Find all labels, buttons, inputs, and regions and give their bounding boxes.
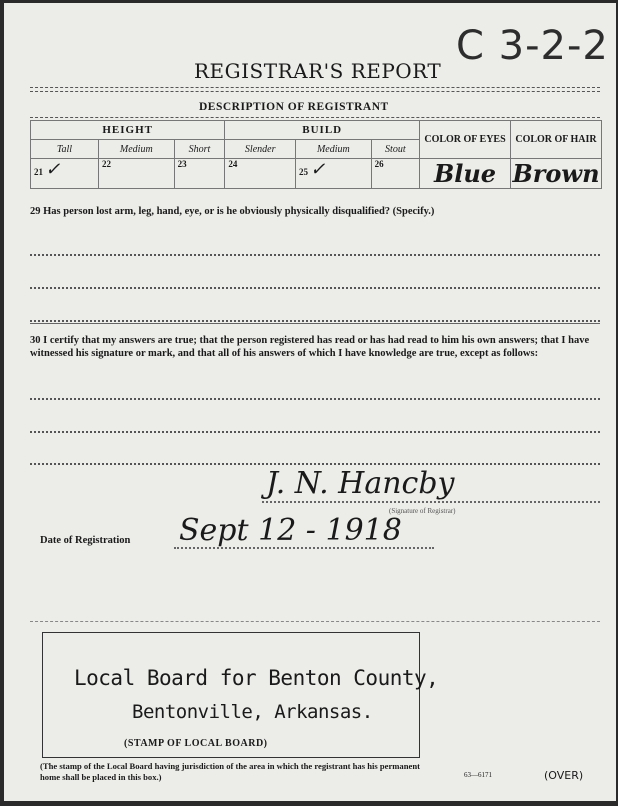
page-title: REGISTRAR'S REPORT [194,59,441,83]
height-header: HEIGHT [31,121,225,140]
cell-medium-height: 22 [98,159,174,189]
cell-tall: 21 ✓ [31,159,99,189]
answer-line [30,398,600,400]
date-label: Date of Registration [40,535,130,546]
checkmark-icon: ✓ [310,159,325,180]
answer-line [30,431,600,433]
cell-slender: 24 [225,159,296,189]
stamp-caption: (STAMP OF LOCAL BOARD) [124,738,268,749]
answer-line [30,320,600,322]
registrar-signature: J. N. Hancby [266,466,455,501]
question-29: 29 Has person lost arm, leg, hand, eye, … [30,205,602,218]
date-line [174,547,434,549]
cell-stout: 26 [371,159,419,189]
build-header: BUILD [225,121,420,140]
eye-color-value: Blue [420,159,511,189]
hair-color-value: Brown [511,159,602,189]
divider [30,621,600,622]
col-slender: Slender [225,140,296,159]
section-heading: DESCRIPTION OF REGISTRANT [199,101,389,113]
serial-number: C 3-2-2 [456,23,609,69]
answer-line [30,254,600,256]
col-medium-height: Medium [98,140,174,159]
question-30: 30 I certify that my answers are true; t… [30,334,602,360]
divider [30,117,600,118]
description-table: HEIGHT BUILD COLOR OF EYES COLOR OF HAIR… [30,120,602,189]
cell-short: 23 [174,159,225,189]
col-medium-build: Medium [296,140,372,159]
divider [30,87,600,88]
signature-line [262,501,600,503]
col-stout: Stout [371,140,419,159]
over-label: (OVER) [544,769,583,782]
divider [30,323,600,324]
col-short: Short [174,140,225,159]
cell-medium-build: 25 ✓ [296,159,372,189]
stamp-line-2: Bentonville, Arkansas. [132,701,373,723]
divider [30,91,600,92]
answer-line [30,463,600,465]
answer-line [30,287,600,289]
eyes-header: COLOR OF EYES [420,121,511,159]
hair-header: COLOR OF HAIR [511,121,602,159]
form-number: 63—6171 [464,771,492,779]
registration-card: C 3-2-2 REGISTRAR'S REPORT DESCRIPTION O… [4,3,616,801]
footer-note: (The stamp of the Local Board having jur… [40,761,420,783]
date-value: Sept 12 - 1918 [179,513,402,548]
checkmark-icon: ✓ [45,159,60,180]
stamp-line-1: Local Board for Benton County, [74,666,438,690]
col-tall: Tall [31,140,99,159]
